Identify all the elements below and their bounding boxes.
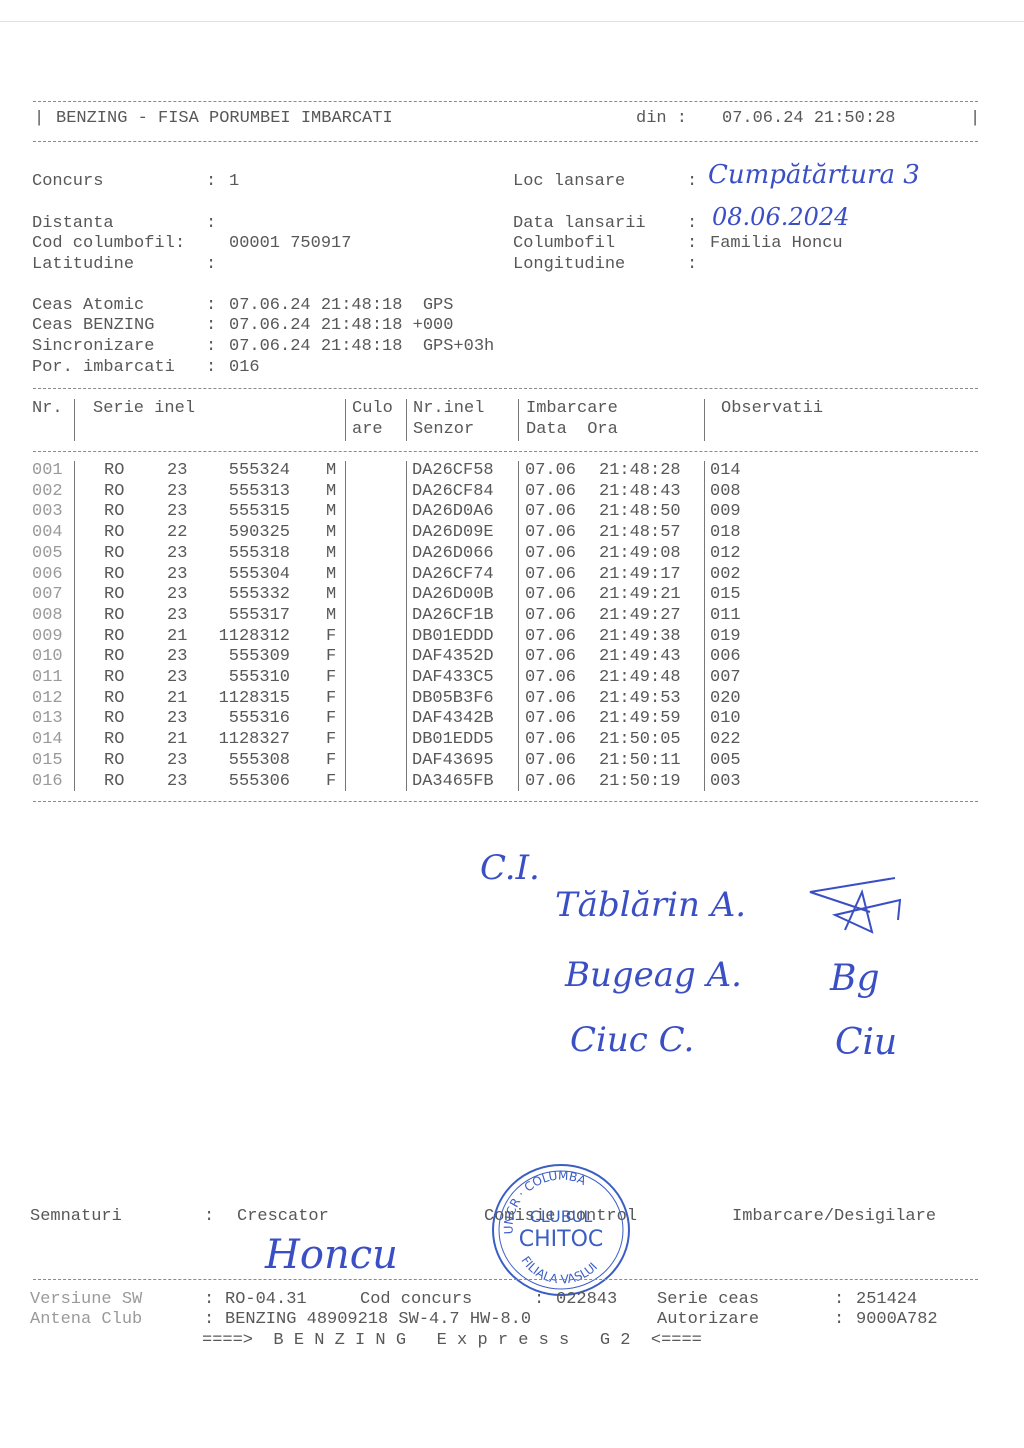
header-separator — [704, 399, 705, 441]
cell-observatii: 014 — [710, 461, 741, 482]
cell-observatii: 003 — [710, 772, 741, 793]
cell-ora: 21:49:08 — [599, 544, 681, 565]
autorizare-value: 9000A782 — [856, 1310, 938, 1331]
cell-nr: 011 — [32, 668, 63, 689]
cell-nr: 015 — [32, 751, 63, 772]
cell-senzor: DAF4342B — [412, 709, 494, 730]
cell-serie: 555332 — [140, 585, 290, 606]
cell-data: 07.06 — [525, 772, 576, 793]
cell-ora: 21:49:17 — [599, 565, 681, 586]
cell-serie: 555324 — [140, 461, 290, 482]
cell-tara: RO — [104, 627, 124, 648]
cell-data: 07.06 — [525, 523, 576, 544]
cell-data: 07.06 — [525, 689, 576, 710]
cell-tara: RO — [104, 544, 124, 565]
header-separator — [406, 399, 407, 441]
col-header-imbarcare-line1: Imbarcare — [526, 399, 618, 420]
cell-ora: 21:48:43 — [599, 482, 681, 503]
col-header-observatii: Observatii — [721, 399, 823, 420]
serie-ceas-value: 251424 — [856, 1290, 917, 1311]
sincronizare-colon: : — [206, 337, 216, 358]
cell-data: 07.06 — [525, 668, 576, 689]
cell-ora: 21:49:21 — [599, 585, 681, 606]
cell-serie: 555308 — [140, 751, 290, 772]
cell-tara: RO — [104, 482, 124, 503]
cell-ora: 21:49:38 — [599, 627, 681, 648]
cell-observatii: 010 — [710, 709, 741, 730]
data-lansarii-label: Data lansarii — [513, 214, 646, 235]
col-header-nr-inel-line1: Nr.inel — [413, 399, 484, 420]
cell-observatii: 009 — [710, 502, 741, 523]
cell-senzor: DAF433C5 — [412, 668, 494, 689]
cell-nr: 004 — [32, 523, 63, 544]
columbofil-label: Columbofil — [513, 234, 615, 255]
cell-sex: M — [326, 606, 336, 627]
cell-senzor: DAF43695 — [412, 751, 494, 772]
versiune-sw-value: RO-04.31 — [225, 1290, 307, 1311]
cell-nr: 008 — [32, 606, 63, 627]
loc-lansare-label: Loc lansare — [513, 172, 625, 193]
column-separator — [74, 461, 75, 791]
cell-data: 07.06 — [525, 585, 576, 606]
cell-nr: 005 — [32, 544, 63, 565]
table-header-top-divider — [33, 388, 978, 389]
ceas-atomic-colon: : — [206, 296, 216, 317]
col-header-nr: Nr. — [32, 399, 63, 420]
cell-senzor: DA3465FB — [412, 772, 494, 793]
header-separator — [345, 399, 346, 441]
club-stamp-icon: UNCR · COLUMBA CLUBUL CHITOC FILIALA VAS… — [491, 1162, 631, 1298]
cell-serie: 555304 — [140, 565, 290, 586]
cell-nr: 013 — [32, 709, 63, 730]
latitudine-label: Latitudine — [32, 255, 134, 276]
versiune-sw-label: Versiune SW — [30, 1290, 142, 1311]
semnaturi-label: Semnaturi — [30, 1207, 122, 1228]
cell-observatii: 018 — [710, 523, 741, 544]
columbofil-colon: : — [687, 234, 697, 255]
cell-senzor: DAF4352D — [412, 647, 494, 668]
cell-observatii: 008 — [710, 482, 741, 503]
cell-senzor: DA26D09E — [412, 523, 494, 544]
title-top-divider — [33, 101, 978, 102]
cell-ora: 21:50:05 — [599, 730, 681, 751]
latitudine-colon: : — [206, 255, 216, 276]
cell-serie: 555310 — [140, 668, 290, 689]
cell-observatii: 012 — [710, 544, 741, 565]
cell-nr: 014 — [32, 730, 63, 751]
por-imbarcati-colon: : — [206, 358, 216, 379]
crescator-label: Crescator — [237, 1207, 329, 1228]
table-bottom-divider — [33, 801, 978, 802]
cell-serie: 555318 — [140, 544, 290, 565]
longitudine-label: Longitudine — [513, 255, 625, 276]
concurs-colon: : — [206, 172, 216, 193]
por-imbarcati-value: 016 — [229, 358, 260, 379]
cell-nr: 010 — [32, 647, 63, 668]
cell-tara: RO — [104, 606, 124, 627]
cell-ora: 21:49:53 — [599, 689, 681, 710]
cell-serie: 555313 — [140, 482, 290, 503]
din-label: din : — [636, 109, 687, 130]
cell-observatii: 019 — [710, 627, 741, 648]
cell-tara: RO — [104, 730, 124, 751]
cell-serie: 555315 — [140, 502, 290, 523]
cell-senzor: DB01EDD5 — [412, 730, 494, 751]
col-header-culoare-line1: Culo — [352, 399, 393, 420]
columbofil-value: Familia Honcu — [710, 234, 843, 255]
ceas-benzing-value: 07.06.24 21:48:18 +000 — [229, 316, 453, 337]
cell-data: 07.06 — [525, 461, 576, 482]
imbarcare-desigilare-label: Imbarcare/Desigilare — [732, 1207, 936, 1228]
cell-sex: M — [326, 461, 336, 482]
cell-tara: RO — [104, 523, 124, 544]
concurs-value: 1 — [229, 172, 239, 193]
column-separator — [406, 461, 407, 791]
data-lansarii-handwritten-value: 08.06.2024 — [712, 203, 849, 231]
ceas-atomic-label: Ceas Atomic — [32, 296, 144, 317]
cell-data: 07.06 — [525, 751, 576, 772]
sincronizare-label: Sincronizare — [32, 337, 154, 358]
cell-senzor: DA26CF58 — [412, 461, 494, 482]
scan-edge-line — [0, 21, 1024, 22]
cell-observatii: 015 — [710, 585, 741, 606]
title-box-right-bar: | — [970, 109, 980, 130]
cell-sex: M — [326, 523, 336, 544]
semnaturi-colon: : — [204, 1207, 214, 1228]
cell-sex: M — [326, 544, 336, 565]
cell-observatii: 002 — [710, 565, 741, 586]
cod-columbofil-value: 00001 750917 — [229, 234, 351, 255]
cell-serie: 555316 — [140, 709, 290, 730]
concurs-label: Concurs — [32, 172, 103, 193]
col-header-imbarcare-line2: Data Ora — [526, 420, 618, 441]
col-header-culoare-line2: are — [352, 420, 383, 441]
cod-concurs-colon: : — [534, 1290, 544, 1311]
longitudine-colon: : — [687, 255, 697, 276]
por-imbarcati-label: Por. imbarcati — [32, 358, 175, 379]
ceas-atomic-value: 07.06.24 21:48:18 GPS — [229, 296, 453, 317]
cell-nr: 007 — [32, 585, 63, 606]
cell-data: 07.06 — [525, 606, 576, 627]
handwritten-name-2: Bugeag A. — [565, 955, 742, 995]
cell-observatii: 007 — [710, 668, 741, 689]
serie-ceas-colon: : — [834, 1290, 844, 1311]
cell-ora: 21:50:19 — [599, 772, 681, 793]
loc-lansare-handwritten-value: Cumpătărtura 3 — [708, 160, 920, 190]
cell-tara: RO — [104, 709, 124, 730]
distanta-label: Distanta — [32, 214, 114, 235]
col-header-serie-inel: Serie inel — [93, 399, 195, 420]
cell-tara: RO — [104, 647, 124, 668]
stamp-middle-line-1: CLUBUL — [530, 1207, 593, 1226]
antena-club-value: BENZING 48909218 SW-4.7 HW-8.0 — [225, 1310, 531, 1331]
cell-sex: F — [326, 772, 336, 793]
cell-sex: M — [326, 482, 336, 503]
cell-serie: 555309 — [140, 647, 290, 668]
loc-lansare-colon: : — [687, 172, 697, 193]
cell-sex: M — [326, 502, 336, 523]
cell-tara: RO — [104, 751, 124, 772]
cell-sex: F — [326, 668, 336, 689]
cell-ora: 21:48:57 — [599, 523, 681, 544]
cell-sex: F — [326, 751, 336, 772]
signature-3: Ciu — [835, 1022, 897, 1063]
footer-top-divider — [33, 1279, 978, 1280]
cell-nr: 001 — [32, 461, 63, 482]
sincronizare-value: 07.06.24 21:48:18 GPS+03h — [229, 337, 494, 358]
crescator-signature: Honcu — [265, 1232, 398, 1278]
handwritten-name-1: Tăblărin A. — [555, 885, 746, 925]
antena-colon: : — [204, 1310, 214, 1331]
cell-nr: 012 — [32, 689, 63, 710]
cell-sex: F — [326, 627, 336, 648]
autorizare-colon: : — [834, 1310, 844, 1331]
cell-sex: F — [326, 730, 336, 751]
handwritten-ci: C.I. — [480, 848, 540, 888]
col-header-nr-inel-line2: Senzor — [413, 420, 474, 441]
column-separator — [704, 461, 705, 791]
cell-senzor: DA26D0A6 — [412, 502, 494, 523]
cell-senzor: DA26D00B — [412, 585, 494, 606]
cell-nr: 016 — [32, 772, 63, 793]
cell-sex: F — [326, 689, 336, 710]
cell-serie: 555317 — [140, 606, 290, 627]
cell-nr: 003 — [32, 502, 63, 523]
cell-observatii: 006 — [710, 647, 741, 668]
cell-observatii: 011 — [710, 606, 741, 627]
cod-columbofil-colon: : — [175, 234, 185, 255]
benzing-express-banner: ====> B E N Z I N G E x p r e s s G 2 <=… — [202, 1331, 702, 1352]
cell-tara: RO — [104, 461, 124, 482]
cell-ora: 21:48:50 — [599, 502, 681, 523]
cell-senzor: DB01EDDD — [412, 627, 494, 648]
cell-data: 07.06 — [525, 565, 576, 586]
header-separator — [518, 399, 519, 441]
din-value: 07.06.24 21:50:28 — [722, 109, 895, 130]
cod-concurs-value: 022843 — [556, 1290, 617, 1311]
cell-nr: 002 — [32, 482, 63, 503]
cell-ora: 21:49:59 — [599, 709, 681, 730]
cell-tara: RO — [104, 668, 124, 689]
ceas-benzing-label: Ceas BENZING — [32, 316, 154, 337]
header-separator — [74, 399, 75, 441]
cell-data: 07.06 — [525, 730, 576, 751]
cell-ora: 21:49:43 — [599, 647, 681, 668]
cell-serie: 590325 — [140, 523, 290, 544]
autorizare-label: Autorizare — [657, 1310, 759, 1331]
cell-data: 07.06 — [525, 709, 576, 730]
cell-sex: M — [326, 565, 336, 586]
cell-senzor: DA26CF74 — [412, 565, 494, 586]
data-lansarii-colon: : — [687, 214, 697, 235]
cell-tara: RO — [104, 772, 124, 793]
distanta-colon: : — [206, 214, 216, 235]
cell-tara: RO — [104, 585, 124, 606]
table-header-bottom-divider — [33, 451, 978, 452]
cell-tara: RO — [104, 689, 124, 710]
cod-columbofil-label: Cod columbofil — [32, 234, 175, 255]
versiune-colon: : — [204, 1290, 214, 1311]
cell-ora: 21:49:27 — [599, 606, 681, 627]
cell-data: 07.06 — [525, 627, 576, 648]
cell-serie: 1128315 — [140, 689, 290, 710]
title-bottom-divider — [33, 141, 978, 142]
cell-nr: 006 — [32, 565, 63, 586]
cell-data: 07.06 — [525, 647, 576, 668]
cell-tara: RO — [104, 565, 124, 586]
cell-data: 07.06 — [525, 544, 576, 565]
cell-sex: F — [326, 709, 336, 730]
cell-observatii: 020 — [710, 689, 741, 710]
cell-tara: RO — [104, 502, 124, 523]
ceas-benzing-colon: : — [206, 316, 216, 337]
cell-data: 07.06 — [525, 502, 576, 523]
document-title: BENZING - FISA PORUMBEI IMBARCATI — [56, 109, 393, 130]
cell-ora: 21:50:11 — [599, 751, 681, 772]
cell-ora: 21:48:28 — [599, 461, 681, 482]
cell-senzor: DA26CF84 — [412, 482, 494, 503]
cod-concurs-label: Cod concurs — [360, 1290, 472, 1311]
column-separator — [345, 461, 346, 791]
antena-club-label: Antena Club — [30, 1310, 142, 1331]
cell-serie: 555306 — [140, 772, 290, 793]
cell-senzor: DA26D066 — [412, 544, 494, 565]
serie-ceas-label: Serie ceas — [657, 1290, 759, 1311]
stamp-middle-line-2: CHITOC — [519, 1227, 604, 1252]
cell-sex: F — [326, 647, 336, 668]
cell-observatii: 022 — [710, 730, 741, 751]
column-separator — [518, 461, 519, 791]
cell-senzor: DB05B3F6 — [412, 689, 494, 710]
cell-serie: 1128327 — [140, 730, 290, 751]
signature-1-icon — [800, 870, 920, 940]
cell-sex: M — [326, 585, 336, 606]
cell-ora: 21:49:48 — [599, 668, 681, 689]
handwritten-name-3: Ciuc C. — [570, 1020, 694, 1060]
cell-serie: 1128312 — [140, 627, 290, 648]
cell-observatii: 005 — [710, 751, 741, 772]
signature-2: Bg — [830, 958, 880, 999]
cell-senzor: DA26CF1B — [412, 606, 494, 627]
cell-data: 07.06 — [525, 482, 576, 503]
title-box-left-bar: | — [34, 109, 44, 130]
cell-nr: 009 — [32, 627, 63, 648]
